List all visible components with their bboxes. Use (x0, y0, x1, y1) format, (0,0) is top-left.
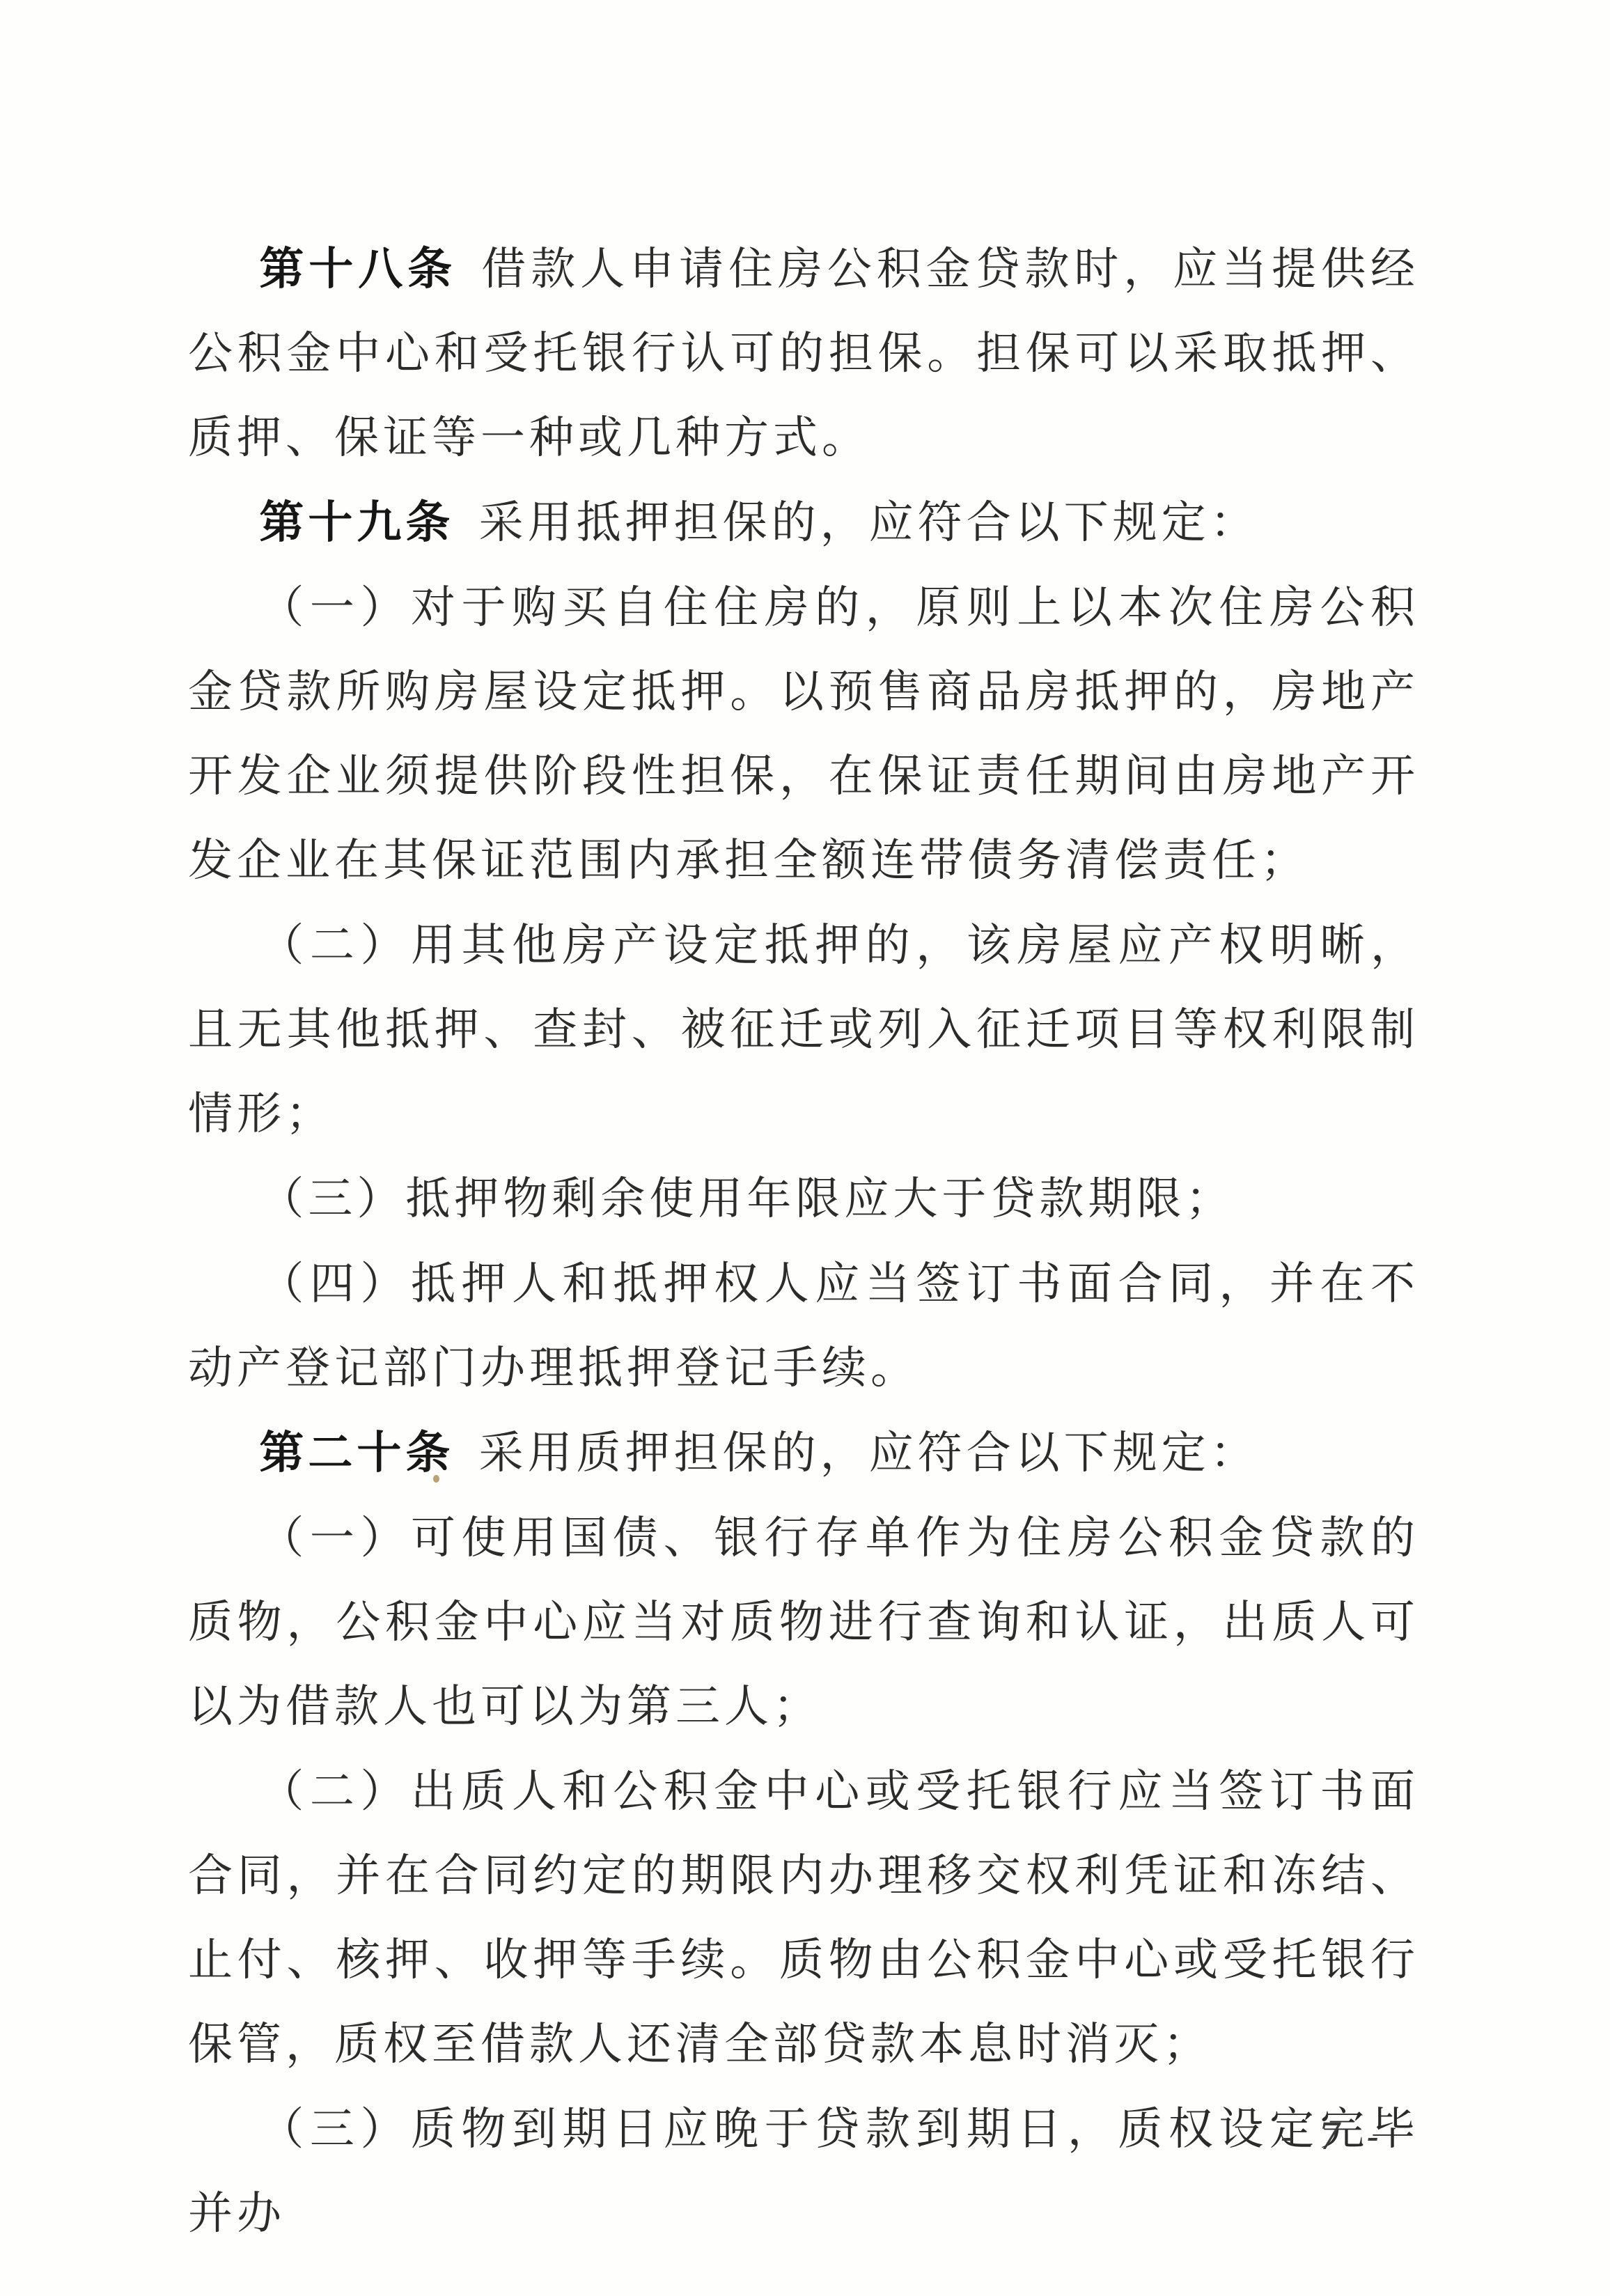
document-body: 第十八条借款人申请住房公积金贷款时，应当提供经公积金中心和受托银行认可的担保。担… (188, 227, 1419, 2256)
para-article-20-item-3-truncated: （三）质物到期日应晚于贷款到期日，质权设定完毕并办 (188, 2087, 1419, 2256)
para-article-19-item-1: （一）对于购买自住住房的，原则上以本次住房公积金贷款所购房屋设定抵押。以预售商品… (188, 565, 1419, 903)
article-18-number: 第十八条 (259, 243, 457, 295)
article-19-text: 采用抵押担保的，应符合以下规定： (479, 497, 1259, 549)
scanned-document-page: 第十八条借款人申请住房公积金贷款时，应当提供经公积金中心和受托银行认可的担保。担… (0, 0, 1610, 2296)
item-text: （三）抵押物剩余使用年限应大于贷款期限； (259, 1173, 1234, 1225)
page-number: - 7 - (1281, 2116, 1386, 2158)
item-text: （一）对于购买自住住房的，原则上以本次住房公积金贷款所购房屋设定抵押。以预售商品… (188, 582, 1419, 887)
para-article-19-item-4: （四）抵押人和抵押权人应当签订书面合同，并在不动产登记部门办理抵押登记手续。 (188, 1242, 1419, 1411)
para-article-19-item-3: （三）抵押物剩余使用年限应大于贷款期限； (188, 1157, 1419, 1242)
scan-artifact-speck (433, 1475, 439, 1483)
para-article-20-item-2: （二）出质人和公积金中心或受托银行应当签订书面合同，并在合同约定的期限内办理移交… (188, 1749, 1419, 2087)
article-20-text: 采用质押担保的，应符合以下规定： (479, 1428, 1259, 1479)
para-article-19: 第十九条采用抵押担保的，应符合以下规定： (188, 481, 1419, 565)
item-text: （三）质物到期日应晚于贷款到期日，质权设定完毕并办 (188, 2104, 1419, 2240)
item-text: （二）出质人和公积金中心或受托银行应当签订书面合同，并在合同约定的期限内办理移交… (188, 1766, 1419, 2070)
article-19-number: 第十九条 (259, 497, 454, 549)
article-20-number: 第二十条 (259, 1427, 454, 1479)
para-article-20-item-1: （一）可使用国债、银行存单作为住房公积金贷款的质物，公积金中心应当对质物进行查询… (188, 1496, 1419, 1749)
item-text: （二）用其他房产设定抵押的，该房屋应产权明晰，且无其他抵押、查封、被征迁或列入征… (188, 920, 1419, 1140)
para-article-18: 第十八条借款人申请住房公积金贷款时，应当提供经公积金中心和受托银行认可的担保。担… (188, 227, 1419, 481)
para-article-19-item-2: （二）用其他房产设定抵押的，该房屋应产权明晰，且无其他抵押、查封、被征迁或列入征… (188, 903, 1419, 1157)
item-text: （一）可使用国债、银行存单作为住房公积金贷款的质物，公积金中心应当对质物进行查询… (188, 1513, 1419, 1733)
para-article-20: 第二十条采用质押担保的，应符合以下规定： (188, 1411, 1419, 1496)
item-text: （四）抵押人和抵押权人应当签订书面合同，并在不动产登记部门办理抵押登记手续。 (188, 1258, 1419, 1394)
